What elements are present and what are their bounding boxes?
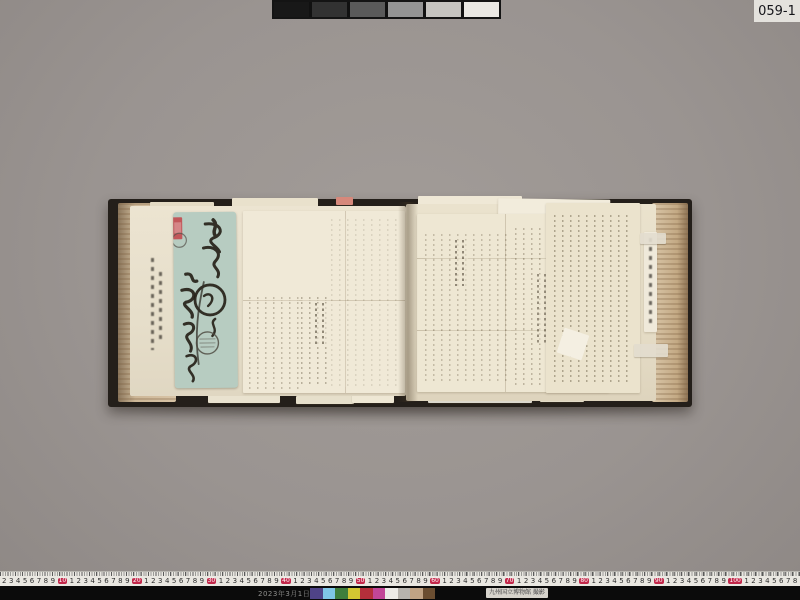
ruler-number: 7 [37, 578, 41, 585]
handwriting-columns [455, 240, 468, 286]
color-patch-4 [360, 588, 373, 599]
ruler-ten-label: 40 [281, 578, 291, 584]
ruler-number: 2 [300, 578, 304, 585]
grayscale-patch-5 [464, 2, 499, 17]
ruler-number: 8 [267, 578, 271, 585]
ruler-number: 2 [598, 578, 602, 585]
ruler-number: 2 [2, 578, 6, 585]
color-patch-8 [410, 588, 423, 599]
handwriting-columns [554, 215, 632, 383]
ruler-number: 2 [673, 578, 677, 585]
ruler-number: 5 [619, 578, 623, 585]
address-brush-strokes-right [194, 220, 226, 364]
ruler-number: 9 [51, 578, 55, 585]
ruler-number: 8 [640, 578, 644, 585]
grayscale-patch-0 [274, 2, 309, 17]
ruler-number: 4 [463, 578, 467, 585]
ruler-number: 3 [382, 578, 386, 585]
color-patch-6 [385, 588, 398, 599]
writing-strip [644, 232, 657, 332]
book-gutter-shadow [398, 202, 418, 402]
catalog-number-label: 059-1 [754, 0, 800, 22]
ruler-number: 1 [144, 578, 148, 585]
ruler-number: 3 [605, 578, 609, 585]
envelope-calligraphy [173, 212, 238, 389]
ruler-number: 8 [342, 578, 346, 585]
letter-sheet-left [243, 211, 405, 393]
color-patch-7 [398, 588, 411, 599]
ruler-ten-label: 30 [207, 578, 217, 584]
ruler-number: 4 [165, 578, 169, 585]
ruler-number: 2 [375, 578, 379, 585]
ruler-number: 6 [30, 578, 34, 585]
ruler-number: 9 [498, 578, 502, 585]
ruler-number: 9 [423, 578, 427, 585]
ruler-number: 5 [172, 578, 176, 585]
ruler-number: 9 [200, 578, 204, 585]
ruler-number: 8 [118, 578, 122, 585]
circular-postmark [196, 332, 218, 354]
ruler-number: 7 [111, 578, 115, 585]
ruler-number: 3 [680, 578, 684, 585]
ruler-number: 1 [442, 578, 446, 585]
ruler-number: 7 [335, 578, 339, 585]
ruler-number: 3 [83, 578, 87, 585]
address-brush-strokes-left [182, 274, 198, 381]
ruler-number: 3 [9, 578, 13, 585]
grayscale-patch-4 [426, 2, 461, 17]
color-patch-2 [335, 588, 348, 599]
ruler-number: 4 [687, 578, 691, 585]
ruler-number: 1 [368, 578, 372, 585]
ruler-number: 1 [219, 578, 223, 585]
ruler-number: 5 [545, 578, 549, 585]
ruler-number: 4 [538, 578, 542, 585]
edge-label-strip [640, 233, 666, 244]
ruler-number: 8 [715, 578, 719, 585]
ruler-number: 2 [77, 578, 81, 585]
ruler-number: 2 [151, 578, 155, 585]
ruler-number: 4 [16, 578, 20, 585]
grayscale-patch-2 [350, 2, 385, 17]
ruler-ten-label: 80 [579, 578, 589, 584]
ruler-ten-label: 70 [505, 578, 515, 584]
pink-paper-slip [336, 197, 353, 205]
handwriting-columns [249, 297, 299, 389]
postage-stamp [173, 217, 186, 247]
ruler-number: 8 [44, 578, 48, 585]
ruler-numbers: 2345678910123456789201234567893012345678… [2, 576, 798, 586]
ruler-number: 9 [572, 578, 576, 585]
ruler-number: 9 [125, 578, 129, 585]
ruler-number: 8 [793, 578, 797, 585]
ruler-ten-label: 60 [430, 578, 440, 584]
handwriting-columns [315, 303, 328, 347]
ruler-number: 3 [307, 578, 311, 585]
ruler-number: 5 [97, 578, 101, 585]
color-patch-3 [348, 588, 361, 599]
color-calibration-bar [310, 588, 435, 599]
ruler-number: 4 [389, 578, 393, 585]
photo-stage: 059-1 [0, 0, 800, 600]
margin-writing [151, 258, 154, 350]
ruler-number: 7 [786, 578, 790, 585]
ruler-number: 7 [409, 578, 413, 585]
letter-sheet-right [546, 203, 640, 393]
ruler-number: 7 [708, 578, 712, 585]
ruler-number: 1 [591, 578, 595, 585]
ruler-number: 4 [314, 578, 318, 585]
ruler-number: 6 [626, 578, 630, 585]
ruler-number: 5 [321, 578, 325, 585]
ruler-number: 7 [484, 578, 488, 585]
ruler-number: 9 [721, 578, 725, 585]
ruler-number: 3 [233, 578, 237, 585]
ruler-ten-label: 10 [58, 578, 68, 584]
ruler-number: 6 [779, 578, 783, 585]
ruler-tape: 2345678910123456789201234567893012345678… [0, 571, 800, 586]
ruler-number: 9 [647, 578, 651, 585]
ruler-number: 4 [765, 578, 769, 585]
ruler-number: 6 [552, 578, 556, 585]
ruler-number: 7 [559, 578, 563, 585]
grayscale-calibration-strip [272, 0, 501, 19]
ruler-ten-label: 90 [654, 578, 664, 584]
ruler-number: 6 [477, 578, 481, 585]
ruler-number: 4 [240, 578, 244, 585]
shoot-date: 2023年3月1日 [258, 589, 310, 599]
ruler-number: 6 [104, 578, 108, 585]
ruler-number: 9 [349, 578, 353, 585]
ruler-number: 6 [328, 578, 332, 585]
ruler-number: 6 [179, 578, 183, 585]
ruler-number: 2 [751, 578, 755, 585]
ruler-number: 4 [612, 578, 616, 585]
bottom-info-bar: 2023年3月1日 九州国立博物館 撮影 [0, 586, 800, 600]
ruler-number: 2 [524, 578, 528, 585]
ruler-number: 5 [23, 578, 27, 585]
ruler-number: 8 [193, 578, 197, 585]
ruler-number: 8 [565, 578, 569, 585]
ruler-ten-label: 100 [728, 578, 741, 584]
ruler-number: 2 [226, 578, 230, 585]
ruler-number: 6 [253, 578, 257, 585]
ruler-number: 7 [186, 578, 190, 585]
color-patch-0 [310, 588, 323, 599]
grayscale-patch-3 [388, 2, 423, 17]
ruler-number: 6 [402, 578, 406, 585]
grayscale-patch-1 [312, 2, 347, 17]
color-patch-1 [323, 588, 336, 599]
ruler-number: 8 [491, 578, 495, 585]
photo-credit: 九州国立博物館 撮影 [486, 588, 548, 598]
ruler-number: 6 [701, 578, 705, 585]
ruler-number: 5 [772, 578, 776, 585]
margin-writing [159, 272, 162, 342]
ruler-number: 5 [396, 578, 400, 585]
color-patch-9 [423, 588, 436, 599]
ruler-number: 4 [90, 578, 94, 585]
paper-slip [296, 396, 354, 404]
ruler-number: 5 [694, 578, 698, 585]
envelope [173, 212, 238, 389]
ruler-number: 1 [744, 578, 748, 585]
ruler-number: 2 [449, 578, 453, 585]
ruler-number: 7 [260, 578, 264, 585]
ruler-number: 3 [456, 578, 460, 585]
ruler-ten-label: 50 [356, 578, 366, 584]
ruler-number: 7 [633, 578, 637, 585]
margin-writing [649, 238, 652, 326]
handwriting-columns [425, 234, 511, 384]
ruler-number: 3 [158, 578, 162, 585]
ruler-number: 3 [531, 578, 535, 585]
ruler-number: 8 [416, 578, 420, 585]
ruler-number: 3 [758, 578, 762, 585]
edge-label-strip [634, 344, 668, 357]
color-patch-5 [373, 588, 386, 599]
ruler-number: 1 [70, 578, 74, 585]
handwriting-columns [331, 219, 397, 387]
ruler-number: 1 [293, 578, 297, 585]
ruler-number: 9 [274, 578, 278, 585]
ruler-ten-label: 20 [132, 578, 142, 584]
ruler-number: 1 [517, 578, 521, 585]
ruler-number: 5 [470, 578, 474, 585]
ruler-number: 5 [246, 578, 250, 585]
ruler-number: 1 [666, 578, 670, 585]
